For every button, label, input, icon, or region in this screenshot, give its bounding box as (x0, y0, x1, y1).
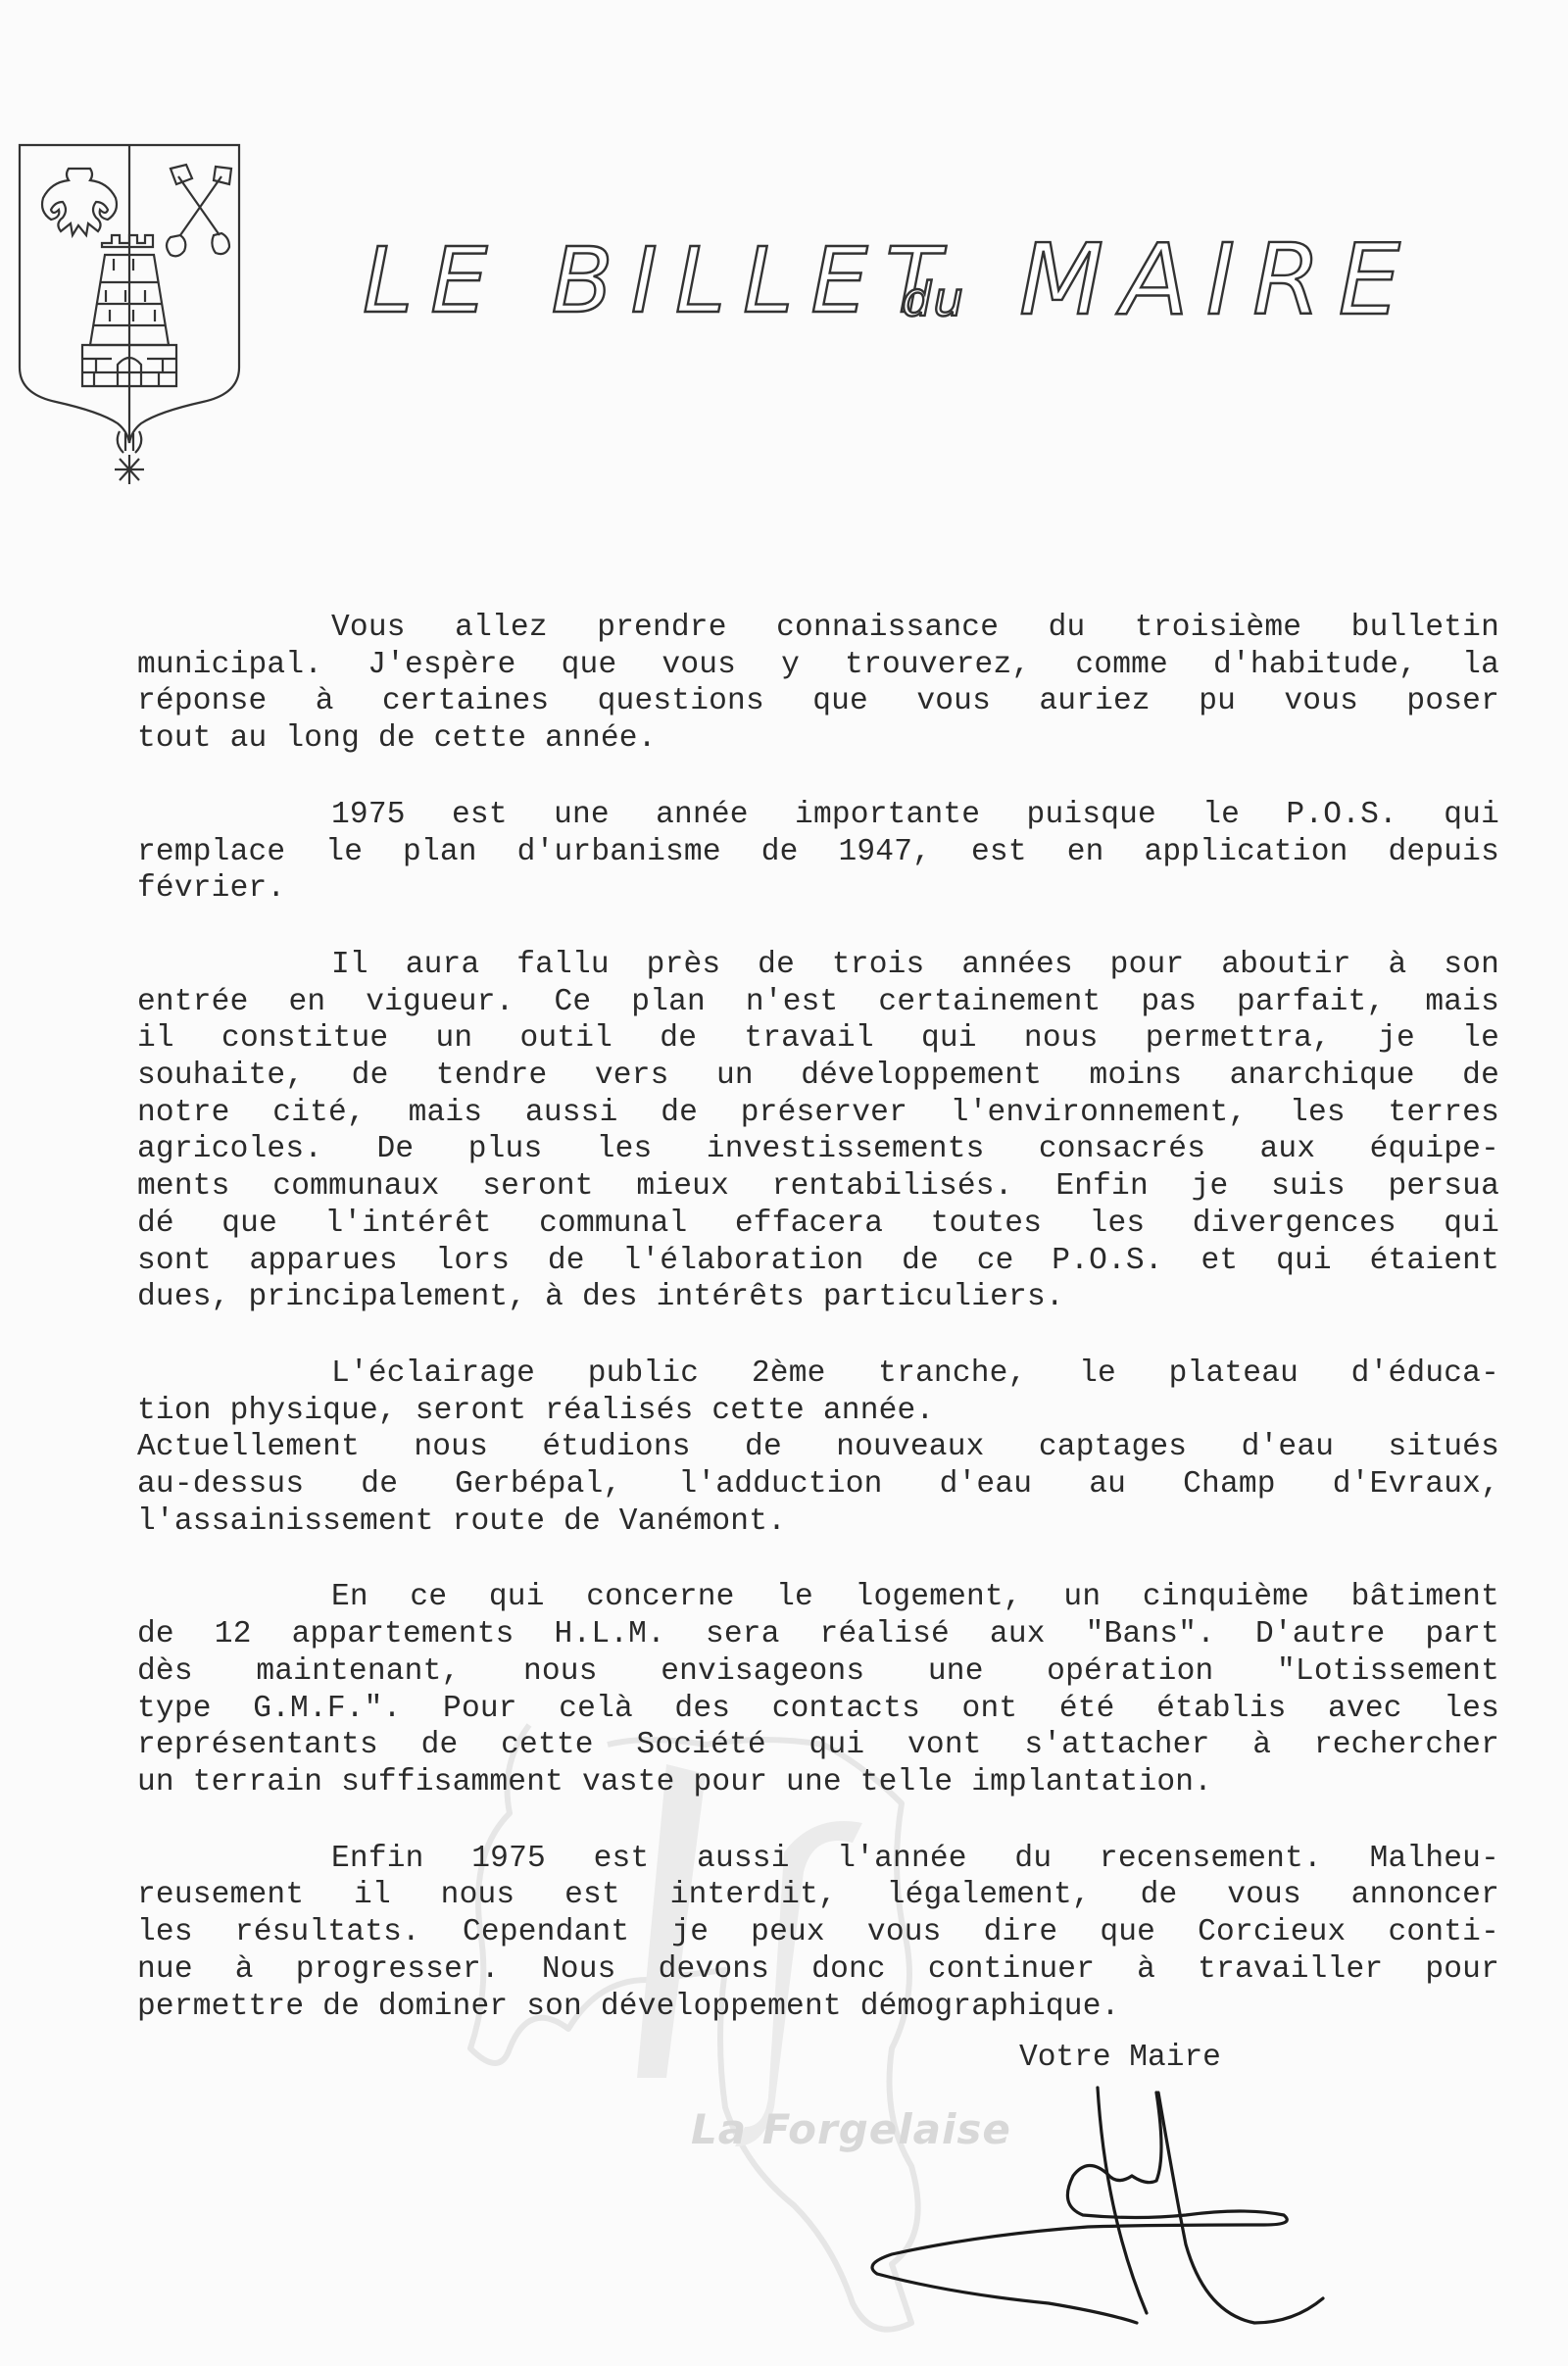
text-line: permettre de dominer son développement d… (137, 1989, 1499, 2026)
title-main-1: LE BILLET (363, 228, 958, 333)
text-line: Il aura fallu près de trois années pour … (137, 947, 1499, 984)
text-line: notre cité, mais aussi de préserver l'en… (137, 1095, 1499, 1132)
text-line: au-dessus de Gerbépal, l'adduction d'eau… (137, 1466, 1499, 1503)
text-line: tion physique, seront réalisés cette ann… (137, 1393, 1499, 1430)
text-line: L'éclairage public 2ème tranche, le plat… (137, 1356, 1499, 1393)
text-line: Actuellement nous étudions de nouveaux c… (137, 1429, 1499, 1466)
coat-of-arms-icon (12, 137, 247, 490)
title-main-2: MAIRE (1019, 225, 1418, 333)
text-line: 1975 est une année importante puisque le… (137, 797, 1499, 834)
text-line: représentants de cette Société qui vont … (137, 1727, 1499, 1764)
paragraph: Enfin 1975 est aussi l'année du recensem… (137, 1841, 1499, 2026)
text-line: reusement il nous est interdit, légaleme… (137, 1877, 1499, 1914)
text-line: sont apparues lors de l'élaboration de c… (137, 1243, 1499, 1280)
text-line: dues, principalement, à des intérêts par… (137, 1279, 1499, 1316)
text-line: un terrain suffisamment vaste pour une t… (137, 1764, 1499, 1801)
text-line: les résultats. Cependant je peux vous di… (137, 1914, 1499, 1951)
paragraph: 1975 est une année importante puisque le… (137, 797, 1499, 908)
text-line: ments communaux seront mieux rentabilisé… (137, 1168, 1499, 1206)
paragraph: Vous allez prendre connaissance du trois… (137, 610, 1499, 758)
text-line: agricoles. De plus les investissements c… (137, 1131, 1499, 1168)
text-line: souhaite, de tendre vers un développemen… (137, 1058, 1499, 1095)
text-line: il constitue un outil de travail qui nou… (137, 1020, 1499, 1058)
text-line: de 12 appartements H.L.M. sera réalisé a… (137, 1616, 1499, 1653)
text-line: nue à progresser. Nous devons donc conti… (137, 1951, 1499, 1989)
text-line: remplace le plan d'urbanisme de 1947, es… (137, 834, 1499, 871)
title-small: du (902, 272, 965, 327)
text-line: Enfin 1975 est aussi l'année du recensem… (137, 1841, 1499, 1878)
text-line: dès maintenant, nous envisageons une opé… (137, 1653, 1499, 1691)
text-line: type G.M.F.". Pour celà des contacts ont… (137, 1691, 1499, 1728)
text-line: février. (137, 870, 1499, 908)
text-line: réponse à certaines questions que vous a… (137, 683, 1499, 720)
text-line: entrée en vigueur. Ce plan n'est certain… (137, 984, 1499, 1021)
text-line: tout au long de cette année. (137, 720, 1499, 758)
paragraph: Il aura fallu près de trois années pour … (137, 947, 1499, 1316)
text-line: l'assainissement route de Vanémont. (137, 1503, 1499, 1541)
text-line: Vous allez prendre connaissance du trois… (137, 610, 1499, 647)
letter-body: Vous allez prendre connaissance du trois… (137, 610, 1499, 2025)
text-line: En ce qui concerne le logement, un cinqu… (137, 1579, 1499, 1616)
paragraph: En ce qui concerne le logement, un cinqu… (137, 1579, 1499, 1800)
page-title: LE BILLET du MAIRE (353, 225, 1450, 333)
text-line: dé que l'intérêt communal effacera toute… (137, 1206, 1499, 1243)
paragraph: L'éclairage public 2ème tranche, le plat… (137, 1356, 1499, 1541)
signature-icon (853, 2078, 1480, 2342)
text-line: municipal. J'espère que vous y trouverez… (137, 647, 1499, 684)
closing-signoff: Votre Maire (1019, 2041, 1221, 2075)
